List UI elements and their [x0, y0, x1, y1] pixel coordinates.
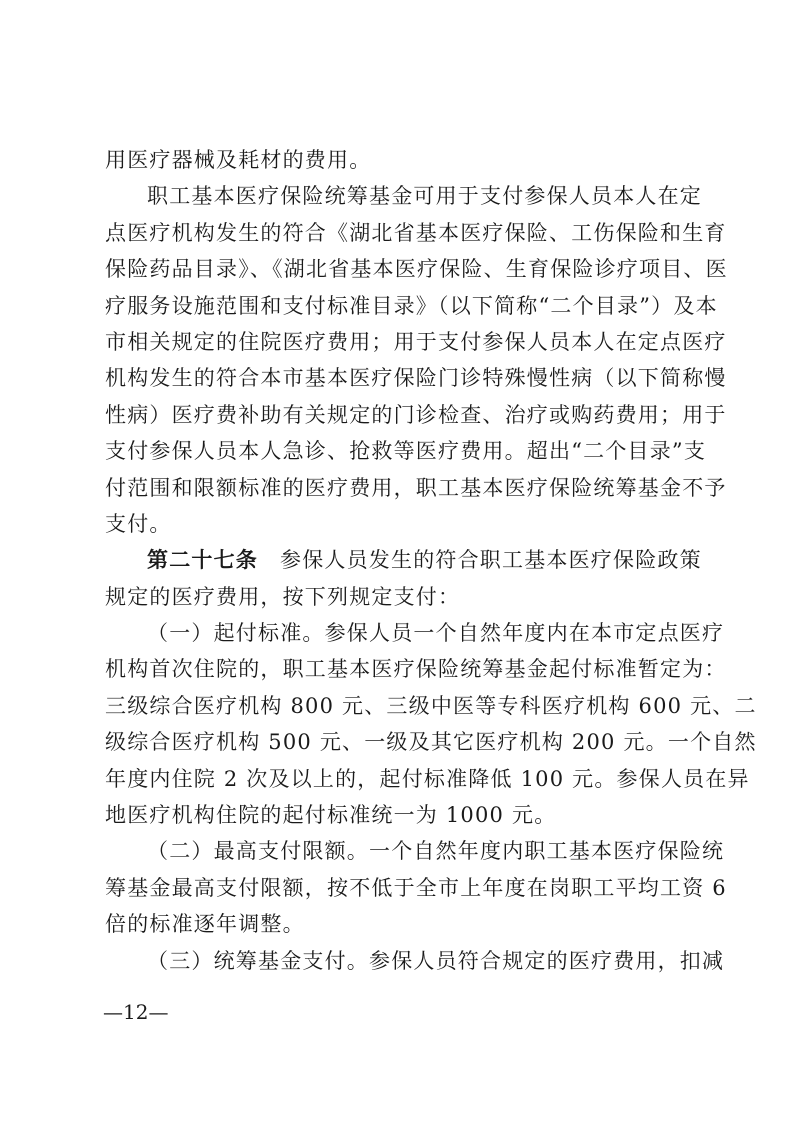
text-line: 规定的医疗费用，按下列规定支付：: [105, 579, 693, 615]
item-line: 地医疗机构住院的起付标准统一为 1000 元。: [105, 797, 693, 833]
text-line: 付范围和限额标准的医疗费用，职工基本医疗保险统筹基金不予: [105, 470, 693, 506]
text-line: 点医疗机构发生的符合《湖北省基本医疗保险、工伤保险和生育: [105, 215, 693, 251]
article-heading: 第二十七条: [147, 548, 258, 572]
item-line: 级综合医疗机构 500 元、一级及其它医疗机构 200 元。一个自然: [105, 724, 693, 760]
text-line: 用医疗器械及耗材的费用。: [105, 142, 693, 178]
item-line: 筹基金最高支付限额，按不低于全市上年度在岗职工平均工资 6: [105, 870, 693, 906]
item-line: （一）起付标准。参保人员一个自然年度内在本市定点医疗: [105, 615, 693, 651]
item-line: 倍的标准逐年调整。: [105, 906, 693, 942]
text-line: 市相关规定的住院医疗费用；用于支付参保人员本人在定点医疗: [105, 324, 693, 360]
item-line: （三）统筹基金支付。参保人员符合规定的医疗费用，扣减: [105, 943, 693, 979]
article-text: 参保人员发生的符合职工基本医疗保险政策: [280, 548, 702, 572]
text-line: 保险药品目录》、《湖北省基本医疗保险、生育保险诊疗项目、医: [105, 251, 693, 287]
text-line: 支付。: [105, 506, 693, 542]
text-line: 支付参保人员本人急诊、抢救等医疗费用。超出“二个目录”支: [105, 433, 693, 469]
article-line: 第二十七条参保人员发生的符合职工基本医疗保险政策: [105, 542, 693, 578]
text-line: 机构发生的符合本市基本医疗保险门诊特殊慢性病（以下简称慢: [105, 360, 693, 396]
item-line: 年度内住院 2 次及以上的，起付标准降低 100 元。参保人员在异: [105, 761, 693, 797]
text-line: 性病）医疗费补助有关规定的门诊检查、治疗或购药费用；用于: [105, 397, 693, 433]
text-line: 职工基本医疗保险统筹基金可用于支付参保人员本人在定: [105, 178, 693, 214]
document-page: 用医疗器械及耗材的费用。 职工基本医疗保险统筹基金可用于支付参保人员本人在定 点…: [105, 142, 693, 979]
text-line: 疗服务设施范围和支付标准目录》（以下简称“二个目录”）及本: [105, 288, 693, 324]
page-number: —12—: [103, 1000, 168, 1024]
item-line: （二）最高支付限额。一个自然年度内职工基本医疗保险统: [105, 833, 693, 869]
item-line: 机构首次住院的，职工基本医疗保险统筹基金起付标准暂定为：: [105, 651, 693, 687]
item-line: 三级综合医疗机构 800 元、三级中医等专科医疗机构 600 元、二: [105, 688, 693, 724]
